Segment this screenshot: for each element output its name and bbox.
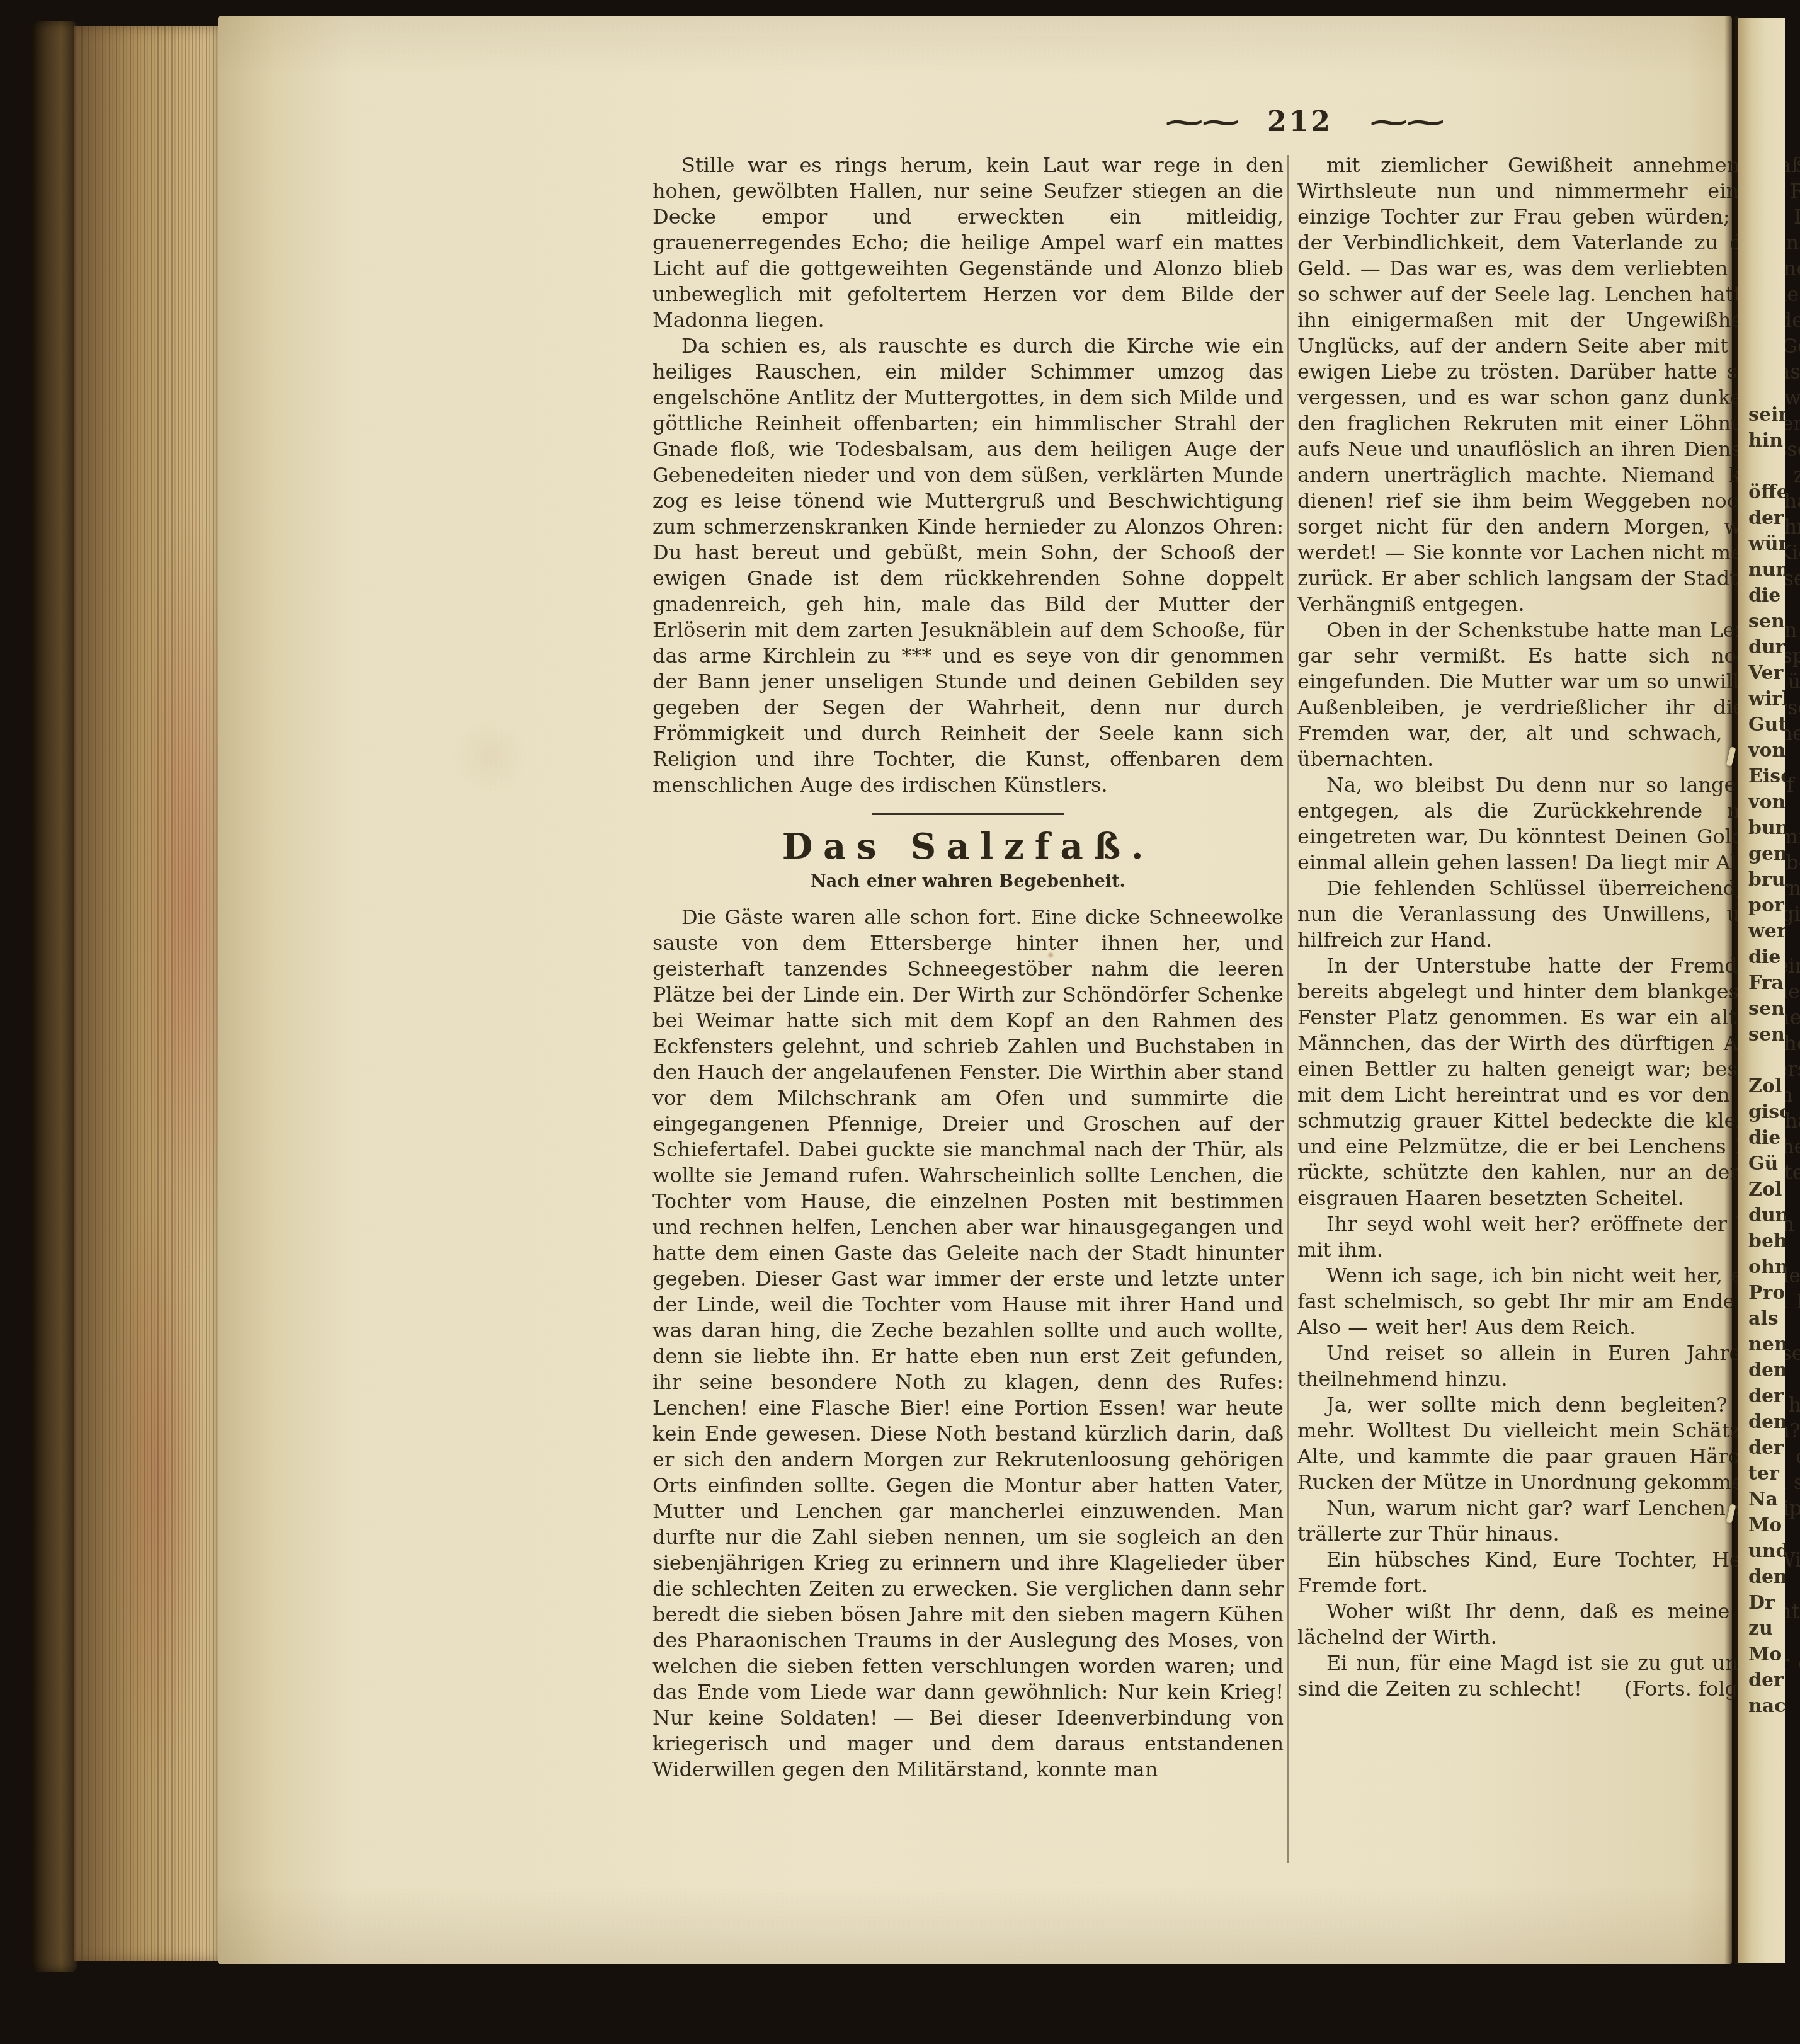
next-page-fragment: wirk: [1738, 686, 1785, 712]
next-page-fragment: der: [1738, 1435, 1785, 1461]
next-page-fragment: der: [1738, 1383, 1785, 1409]
next-page-fragment: gens: [1738, 841, 1785, 867]
stacked-page-edges: [74, 26, 228, 1961]
next-page-fragment: Ver: [1738, 660, 1785, 686]
next-page-fragment: gisch: [1738, 1099, 1785, 1125]
next-page-fragment: ter: [1738, 1461, 1785, 1487]
next-page-fragment: wer: [1738, 918, 1785, 944]
next-page-fragment: wür: [1738, 531, 1785, 557]
next-page-fragment: durch: [1738, 634, 1785, 660]
next-page-fragment: Na: [1738, 1487, 1785, 1512]
next-page-fragment: die: [1738, 583, 1785, 608]
column-divider-rule: [1287, 155, 1289, 1863]
paragraph: Die Gäste waren alle schon fort. Eine di…: [652, 905, 1284, 1783]
next-page-fragment: Zol: [1738, 1073, 1785, 1099]
next-page-fragment: por: [1738, 893, 1785, 918]
book-cover-edge: [31, 21, 77, 1972]
next-page-fragment: nun: [1738, 557, 1785, 583]
next-page-fragment: Eise: [1738, 763, 1785, 789]
page-number: 212: [1267, 106, 1333, 138]
swash-dash-ornament: ~~: [1365, 105, 1439, 139]
next-page-fragment: seine: [1738, 402, 1785, 428]
next-page-fragment: Gut: [1738, 712, 1785, 738]
next-page-fragment: senb: [1738, 608, 1785, 634]
next-page-fragment: Pro: [1738, 1280, 1785, 1306]
left-column: Stille war es rings herum, kein Laut war…: [652, 152, 1284, 1783]
next-page-fragment: bun: [1738, 815, 1785, 841]
next-page-fragment: sent: [1738, 996, 1785, 1022]
next-page-fragment: Mo: [1738, 1641, 1785, 1667]
next-page-fragment: die: [1738, 1125, 1785, 1151]
paragraph: Stille war es rings herum, kein Laut war…: [652, 152, 1284, 333]
next-page-fragment: Zol: [1738, 1177, 1785, 1202]
next-page-fragment: der: [1738, 505, 1785, 531]
next-page-fragment: Gü: [1738, 1151, 1785, 1177]
next-page-fragment: Dr: [1738, 1590, 1785, 1616]
next-page-fragment: hin: [1738, 428, 1785, 454]
next-page-top-margin: [1738, 18, 1785, 402]
next-page-fragment: dem: [1738, 1357, 1785, 1383]
next-page-fragment: öffer: [1738, 479, 1785, 505]
next-page-fragment: den: [1738, 1564, 1785, 1590]
next-page-fragment: ohn: [1738, 1254, 1785, 1280]
next-page-fragment-list: seinehinöfferderwürnundiesenbdurchVerwir…: [1738, 402, 1785, 1719]
next-page-fragment: den: [1738, 1409, 1785, 1435]
next-page-fragment: nach: [1738, 1693, 1785, 1719]
next-page-fragment: als: [1738, 1306, 1785, 1332]
section-title: Das Salzfaß.: [652, 834, 1284, 860]
next-page-fragment: bruch: [1738, 867, 1785, 893]
next-page-fragment: von: [1738, 738, 1785, 763]
swash-dash-ornament: ~~: [1161, 105, 1234, 139]
paragraph: Da schien es, als rauschte es durch die …: [652, 333, 1284, 798]
next-page-fragment: die: [1738, 944, 1785, 970]
section-divider-rule: [872, 813, 1064, 815]
book-page: ~~212~~ Stille war es rings herum, kein …: [218, 16, 1732, 1964]
next-page-fragment: von: [1738, 789, 1785, 815]
book-scan: ~~212~~ Stille war es rings herum, kein …: [0, 0, 1800, 2044]
page-header: ~~212~~: [652, 106, 1800, 138]
next-page-fragment: [1738, 1048, 1785, 1073]
next-page-fragment: der: [1738, 1667, 1785, 1693]
next-page-fragment: [1738, 454, 1785, 479]
next-page-fragment: sen: [1738, 1022, 1785, 1048]
next-page-fragment: dun: [1738, 1202, 1785, 1228]
section-subtitle: Nach einer wahren Begebenheit.: [652, 869, 1284, 894]
next-page-fragment: zu: [1738, 1616, 1785, 1641]
next-page-fragment: und: [1738, 1538, 1785, 1564]
next-page-fragment: Mo: [1738, 1512, 1785, 1538]
next-page-sliver: seinehinöfferderwürnundiesenbdurchVerwir…: [1738, 18, 1785, 1963]
next-page-fragment: beh: [1738, 1228, 1785, 1254]
page-gutter-shadow: [1724, 16, 1738, 1964]
next-page-fragment: nen: [1738, 1332, 1785, 1357]
next-page-fragment: Fra: [1738, 970, 1785, 996]
